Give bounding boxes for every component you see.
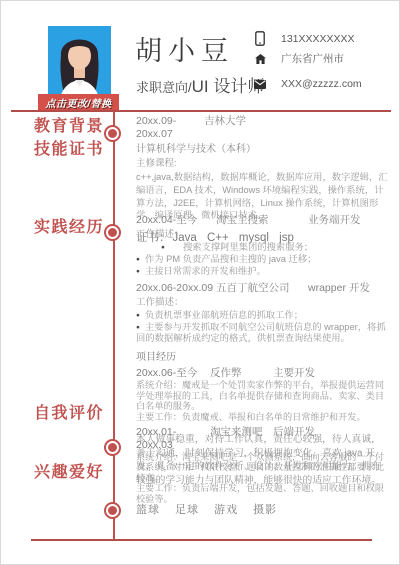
footer-divider <box>31 539 372 541</box>
projects-label: 项目经历 <box>136 351 390 364</box>
education-period: 20xx.09-20xx.07 <box>136 115 204 141</box>
bullet-dot-icon: ● <box>136 256 140 263</box>
section-title-self-evaluation: 自我评价 <box>29 402 109 425</box>
job-role: 业务端开发 <box>308 214 361 227</box>
self-evaluation-text: 本人做事稳重，对待工作认真，责任心较强，待人真诚，善于沟通，时刻保持学习，积极拥… <box>136 433 390 487</box>
education-school: 吉林大学 <box>204 115 246 141</box>
section-title-practice: 实践经历 <box>29 216 109 239</box>
address-text: 广东省广州市 <box>281 51 344 66</box>
courses-label: 主修课程: <box>136 158 390 170</box>
job-header-row: 20xx.06-20xx.09 五百丁航空公司 wrapper 开发 <box>136 282 390 295</box>
education-major: 计算机科学与技术（本科） <box>136 143 390 156</box>
job-company: 淘宝主搜索 <box>216 214 308 227</box>
section-title-education: 教育背景 技能证书 <box>29 115 109 161</box>
job-period: 20xx.04-至今 <box>136 214 216 227</box>
bullet-dot-icon: ● <box>136 268 140 275</box>
job-bullet: ●搜索支撑阿里集团的搜索服务； <box>136 242 390 253</box>
job-desc-label: 工作描述： <box>136 297 390 309</box>
project-intro: 系统介绍：魔戒是一个处罚卖家作弊的平台，举报提供运营同学处理举报的工具，白名单提… <box>136 380 390 412</box>
job-bullet: ●主接日常需求的开发和维护。 <box>136 266 390 277</box>
project-work: 主要工作：负责魔戒、举报和白名单的日常维护和开发。 <box>136 412 390 423</box>
contact-address-row: 广东省广州市 <box>253 51 344 66</box>
job-company: 五百丁航空公司 <box>216 282 308 295</box>
phone-icon <box>253 31 267 46</box>
timeline-line <box>113 111 115 540</box>
project-name: 反作弊 <box>210 367 273 380</box>
project-period: 20xx.06-至今 <box>136 367 210 380</box>
job-bullet: ●主要参与开发抓取不同航空公司航班信息的 wrapper，将抓回的数据解析成约定… <box>136 322 390 344</box>
job-intent: 求职意向/UI 设计师 <box>136 72 264 97</box>
job-role: wrapper 开发 <box>308 282 370 295</box>
mail-icon <box>253 80 267 89</box>
project-header-row: 20xx.06-至今 反作弊 主要开发 <box>136 367 390 380</box>
email-text: XXX@zzzzz.com <box>281 78 362 90</box>
job-bullet: ●作为 PM 负责产品搜和主搜的 java 迁移； <box>136 254 390 265</box>
job-intent-prefix: 求职意向/ <box>136 80 192 95</box>
contact-email-row: XXX@zzzzz.com <box>253 78 362 90</box>
timeline-dot-self-evaluation <box>104 439 121 456</box>
photo-replace-tag[interactable]: 点击更改/替换 <box>38 94 119 110</box>
bullet-dot-icon: ● <box>161 244 165 251</box>
home-icon <box>253 54 267 64</box>
resume-page: 点击更改/替换 胡小豆 求职意向/UI 设计师 131XXXXXXXX 广东省广… <box>0 0 400 565</box>
job-header-row: 20xx.04-至今 淘宝主搜索 业务端开发 <box>136 214 390 227</box>
bullet-dot-icon: ● <box>136 324 140 331</box>
candidate-name: 胡小豆 <box>135 29 234 68</box>
education-title-line2: 技能证书 <box>29 138 109 161</box>
header-divider <box>11 110 391 112</box>
section-title-hobbies: 兴趣爱好 <box>29 461 109 484</box>
hobbies-text: 篮球 足球 游戏 摄影 <box>136 501 390 517</box>
project-role: 主要开发 <box>273 367 315 380</box>
contact-phone-row: 131XXXXXXXX <box>253 31 355 46</box>
bullet-dot-icon: ● <box>136 312 140 319</box>
education-header-row: 20xx.09-20xx.07 吉林大学 <box>136 115 390 141</box>
phone-number: 131XXXXXXXX <box>281 33 355 45</box>
education-title-line1: 教育背景 <box>29 115 109 138</box>
job-bullet: ●负责机票事业部航班信息的抓取工作； <box>136 310 390 321</box>
timeline-dot-hobbies <box>104 502 121 519</box>
job-period: 20xx.06-20xx.09 <box>136 282 216 295</box>
job-desc-label: 工作描述： <box>136 229 390 241</box>
